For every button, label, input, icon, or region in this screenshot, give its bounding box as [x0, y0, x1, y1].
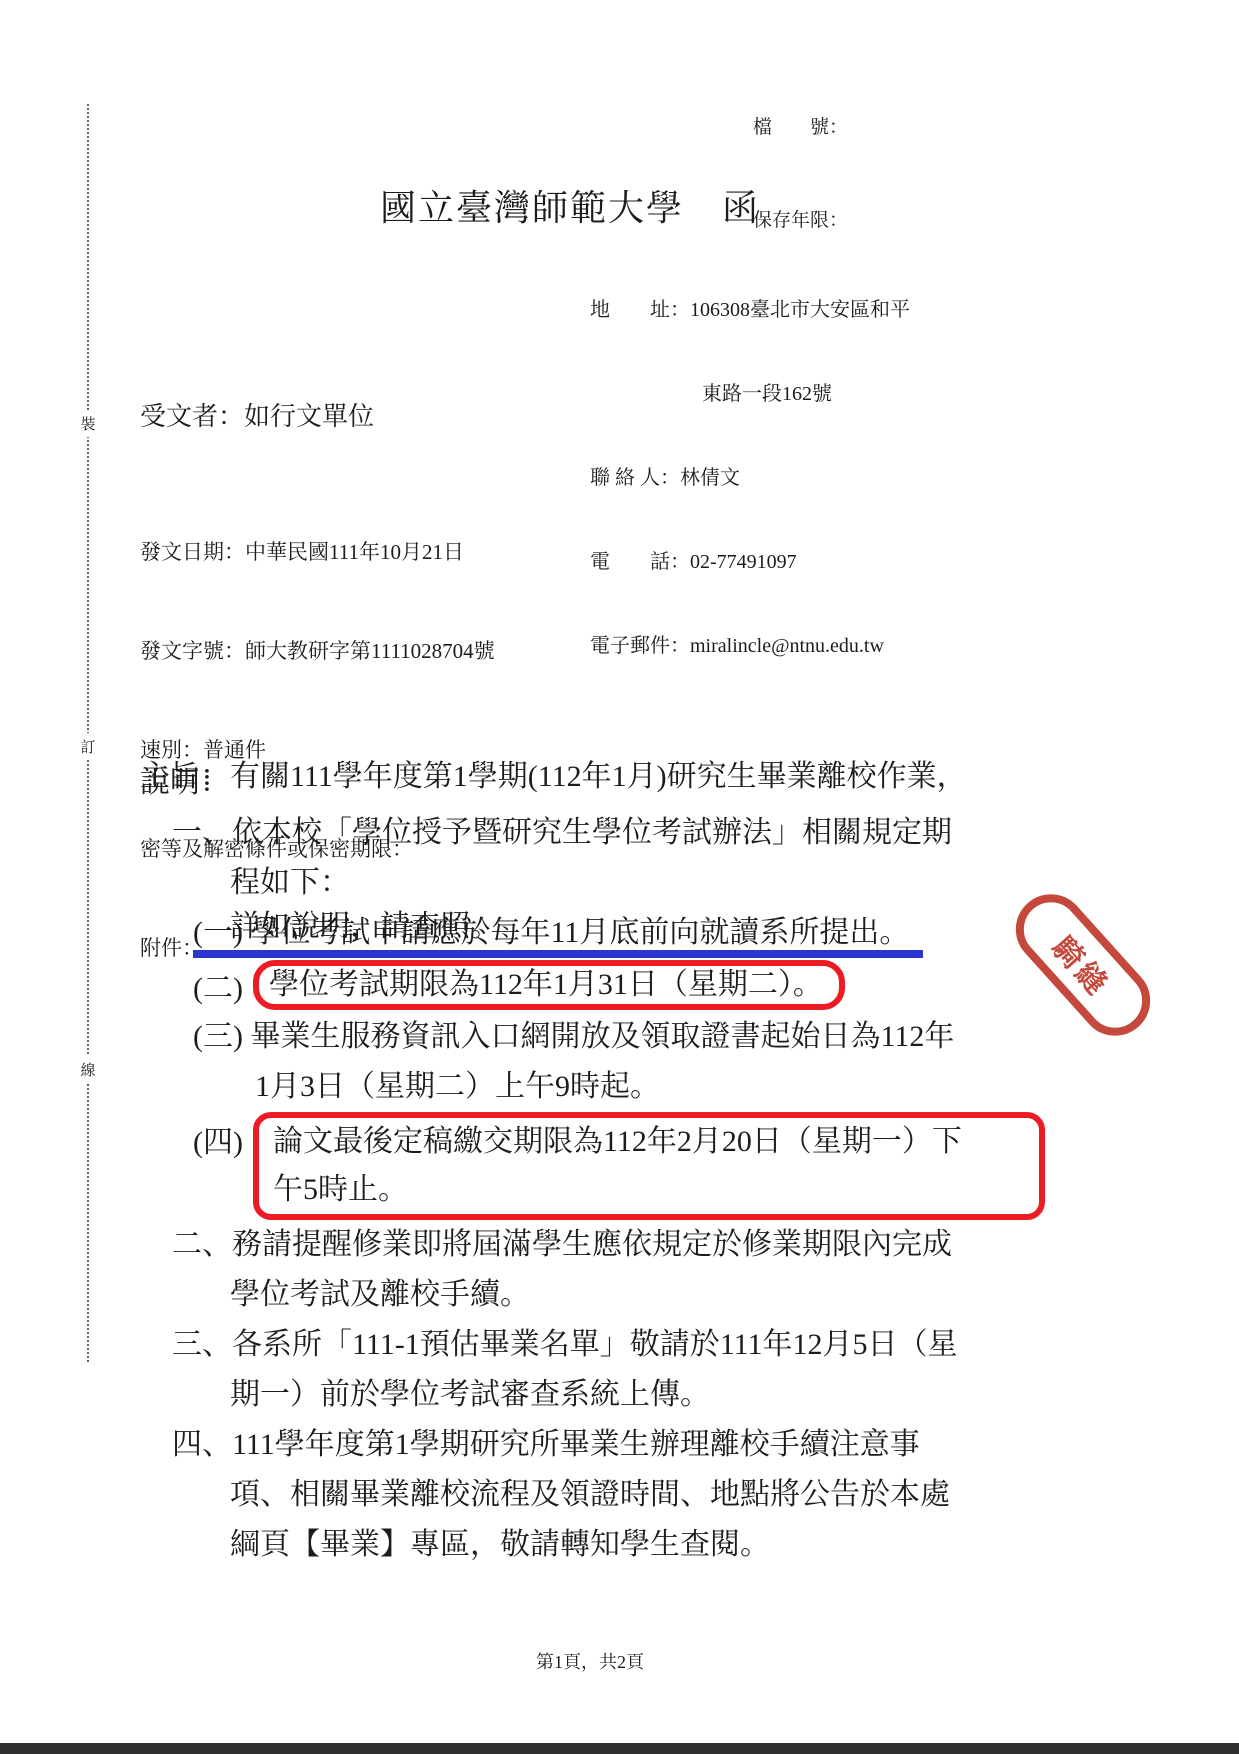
explanation-block: 說明： 一、依本校「學位授予暨研究生學位考試辦法」相關規定期 程如下： (一) … [140, 758, 1160, 1570]
address-line-2: 東路一段162號 [590, 380, 910, 408]
binding-char-xian: 線 [78, 1056, 98, 1083]
sub-item-4-marker: (四) [193, 1118, 243, 1168]
item-1-line-1: 一、依本校「學位授予暨研究生學位考試辦法」相關規定期 [140, 808, 1160, 858]
recipient-line: 受文者：如行文單位 [140, 396, 374, 433]
sub-item-4-line-1: 論文最後定稿繳交期限為112年2月20日（星期一）下 [273, 1118, 1025, 1166]
explanation-label: 說明： [140, 758, 1160, 808]
sub-item-1: (一) 學位考試申請應於每年11月底前向就讀系所提出。 [140, 908, 1160, 958]
item-3-line-1: 三、各系所「111-1預估畢業名單」敬請於111年12月5日（星 [140, 1320, 1160, 1370]
blue-underlined-text: (一) 學位考試申請應於每年11月底前向就讀系所提出。 [193, 916, 923, 958]
item-4-line-2: 項、相關畢業離校流程及領證時間、地點將公告於本處 [140, 1470, 1160, 1520]
item-1-line-2: 程如下： [140, 858, 1160, 908]
red-boxed-text-thesis-deadline: 論文最後定稿繳交期限為112年2月20日（星期一）下 午5時止。 [253, 1112, 1045, 1220]
official-letter-page: 裝 訂 線 檔 號： 保存年限： 國立臺灣師範大學 函 地 址：106308臺北… [0, 0, 1239, 1754]
sub-item-4-line-2: 午5時止。 [273, 1166, 1025, 1214]
letterhead-contact-block: 地 址：106308臺北市大安區和平 東路一段162號 聯 絡 人：林倩文 電 … [590, 240, 910, 716]
sub-item-3-line-2: 1月3日（星期二）上午9時起。 [140, 1062, 1160, 1112]
dispatch-date: 發文日期：中華民國111年10月21日 [140, 536, 495, 569]
address-line-1: 地 址：106308臺北市大安區和平 [590, 296, 910, 324]
red-boxed-text-exam-deadline: 學位考試期限為112年1月31日（星期二）。 [253, 960, 845, 1010]
sub-item-4: (四) 論文最後定稿繳交期限為112年2月20日（星期一）下 午5時止。 [140, 1112, 1160, 1220]
item-4-line-1: 四、111學年度第1學期研究所畢業生辦理離校手續注意事 [140, 1420, 1160, 1470]
contact-person: 聯 絡 人：林倩文 [590, 464, 910, 492]
binding-char-ding: 訂 [78, 733, 98, 760]
sub-item-2-marker: (二) [193, 963, 243, 1007]
item-3-line-2: 期一）前於學位考試審查系統上傳。 [140, 1370, 1160, 1420]
contact-phone: 電 話：02-77491097 [590, 548, 910, 576]
sub-item-3-line-1: (三) 畢業生服務資訊入口網開放及領取證書起始日為112年 [140, 1012, 1160, 1062]
item-2-line-1: 二、務請提醒修業即將屆滿學生應依規定於修業期限內完成 [140, 1220, 1160, 1270]
item-4-line-3: 綱頁【畢業】專區，敬請轉知學生查閱。 [140, 1520, 1160, 1570]
sub-item-2: (二) 學位考試期限為112年1月31日（星期二）。 [140, 958, 1160, 1012]
page-number: 第1頁，共2頁 [0, 1648, 1180, 1674]
file-number-label: 檔 號： [753, 112, 848, 143]
binding-char-zhuang: 裝 [78, 410, 98, 437]
page-bottom-edge [0, 1743, 1239, 1754]
document-title: 國立臺灣師範大學 函 [0, 180, 1140, 231]
item-2-line-2: 學位考試及離校手續。 [140, 1270, 1160, 1320]
